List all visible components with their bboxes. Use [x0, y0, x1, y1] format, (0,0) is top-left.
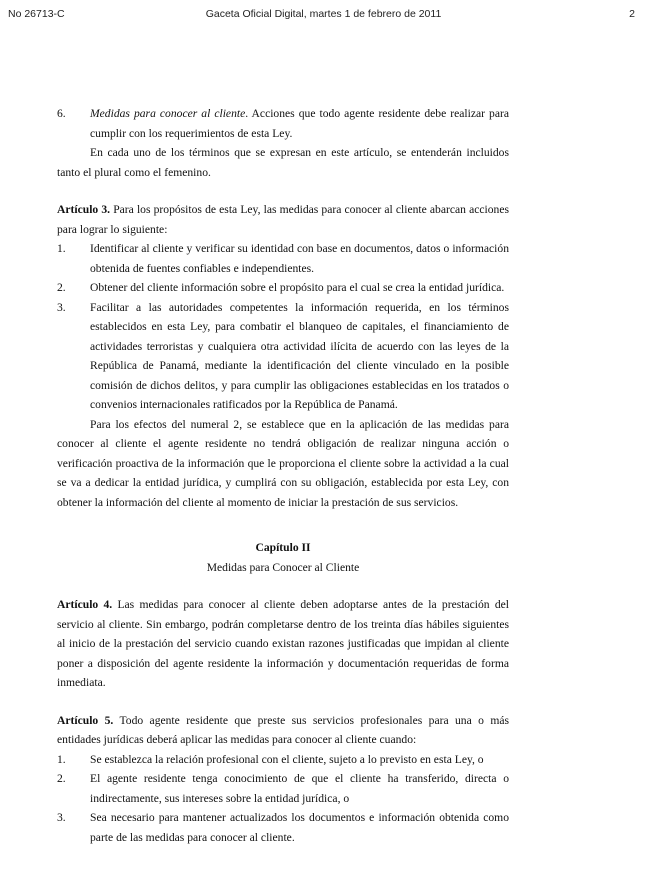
article-label: Artículo 3.: [57, 203, 110, 216]
item-number: 2.: [57, 769, 66, 789]
article-text: Todo agente residente que preste sus ser…: [57, 714, 509, 747]
item-number: 6.: [57, 104, 66, 124]
page-number: 2: [629, 8, 635, 20]
item-text: Obtener del cliente información sobre el…: [90, 281, 504, 294]
articulo-3-item: 3. Facilitar a las autoridades competent…: [57, 298, 509, 415]
document-body: 6. Medidas para conocer al cliente. Acci…: [57, 104, 509, 847]
chapter-heading: Capítulo II Medidas para Conocer al Clie…: [57, 538, 509, 577]
articulo-3-intro: Artículo 3. Para los propósitos de esta …: [57, 200, 509, 239]
definitions-note: En cada uno de los términos que se expre…: [57, 143, 509, 182]
item-text: Identificar al cliente y verificar su id…: [90, 242, 509, 275]
articulo-5-item: 1. Se establezca la relación profesional…: [57, 750, 509, 770]
articulo-3-item: 1. Identificar al cliente y verificar su…: [57, 239, 509, 278]
item-number: 3.: [57, 298, 66, 318]
article-text: Para los propósitos de esta Ley, las med…: [57, 203, 509, 236]
item-number: 2.: [57, 278, 66, 298]
chapter-label: Capítulo II: [255, 541, 310, 554]
item-number: 3.: [57, 808, 66, 828]
articulo-5-item: 3. Sea necesario para mantener actualiza…: [57, 808, 509, 847]
defined-term: Medidas para conocer al cliente: [90, 107, 245, 120]
articulo-5-intro: Artículo 5. Todo agente residente que pr…: [57, 711, 509, 750]
articulo-3-closing: Para los efectos del numeral 2, se estab…: [57, 415, 509, 513]
gazette-title: Gaceta Oficial Digital, martes 1 de febr…: [0, 8, 647, 20]
article-text: Las medidas para conocer al cliente debe…: [57, 598, 509, 689]
definition-6: 6. Medidas para conocer al cliente. Acci…: [57, 104, 509, 143]
articulo-5-item: 2. El agente residente tenga conocimient…: [57, 769, 509, 808]
article-label: Artículo 5.: [57, 714, 113, 727]
item-text: El agente residente tenga conocimiento d…: [90, 772, 509, 805]
articulo-3-item: 2. Obtener del cliente información sobre…: [57, 278, 509, 298]
item-text: Facilitar a las autoridades competentes …: [90, 301, 509, 412]
item-number: 1.: [57, 239, 66, 259]
articulo-4: Artículo 4. Las medidas para conocer al …: [57, 595, 509, 693]
page-header: No 26713-C Gaceta Oficial Digital, marte…: [0, 8, 647, 22]
item-number: 1.: [57, 750, 66, 770]
item-text: Se establezca la relación profesional co…: [90, 753, 484, 766]
article-label: Artículo 4.: [57, 598, 112, 611]
chapter-title: Medidas para Conocer al Cliente: [57, 558, 509, 578]
item-text: Sea necesario para mantener actualizados…: [90, 811, 509, 844]
